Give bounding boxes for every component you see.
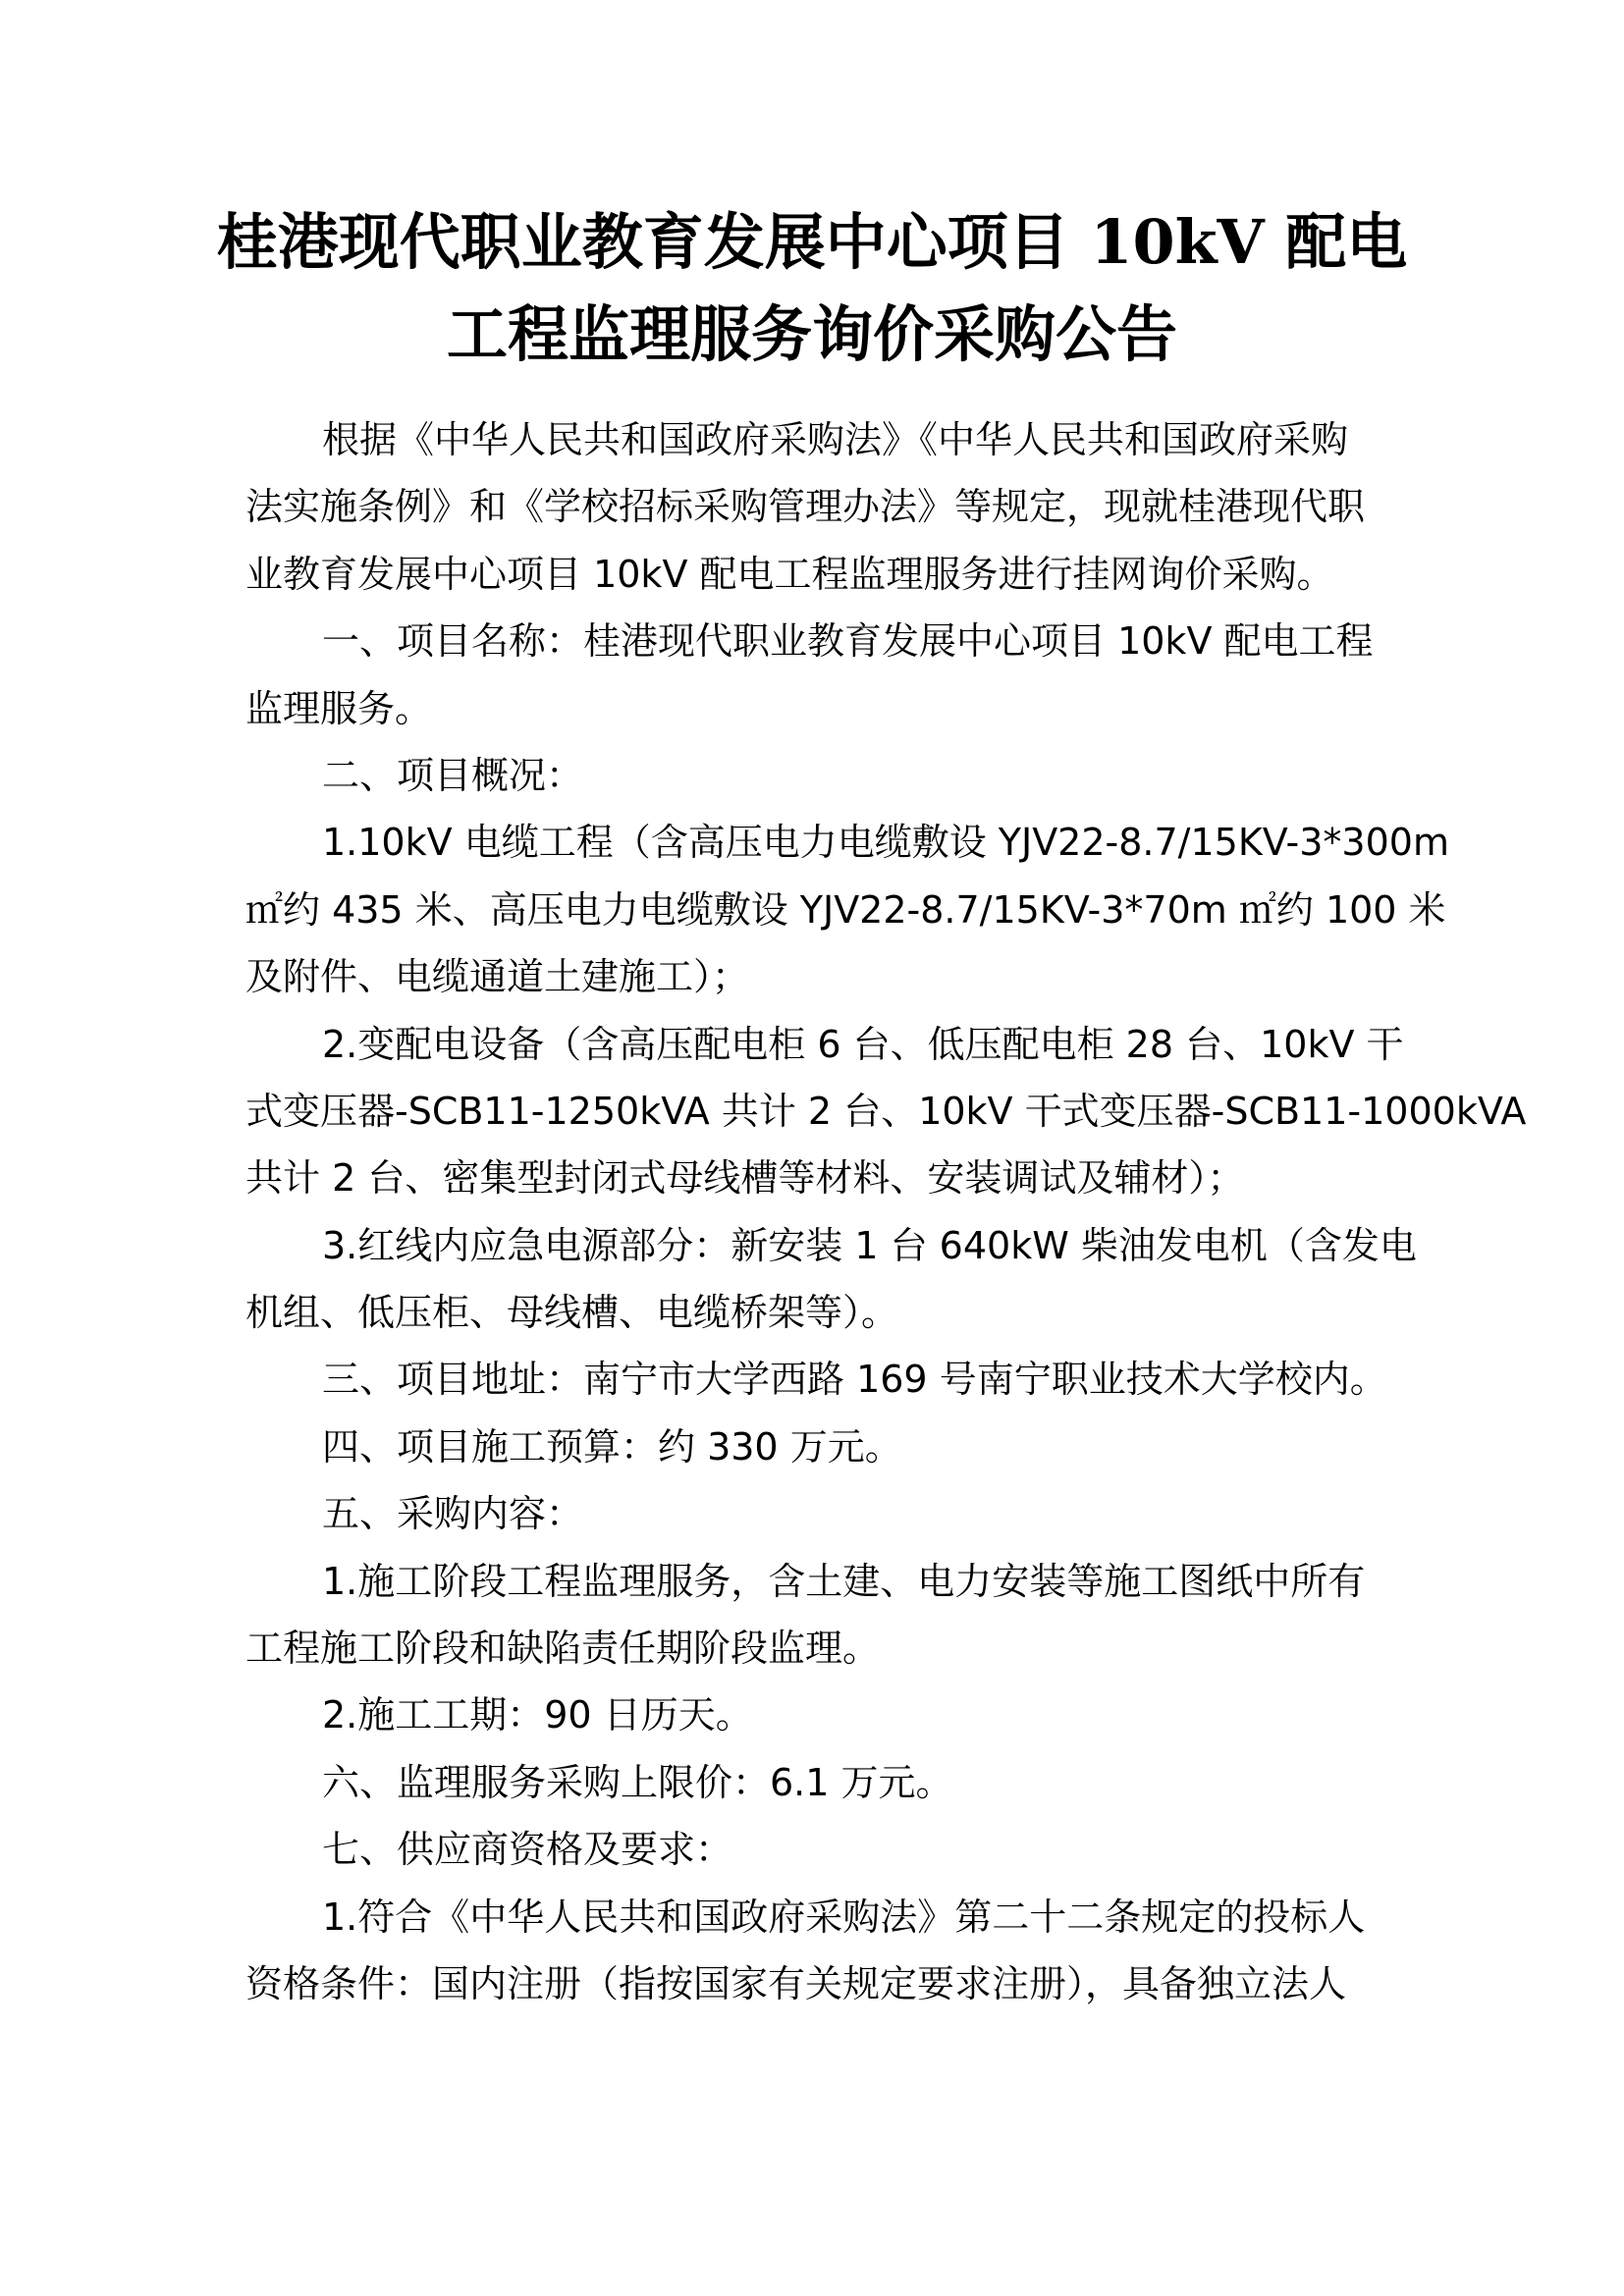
body-text-line: 监理服务。 [245,675,1394,742]
document-title: 桂港现代职业教育发展中心项目 10kV 配电 工程监理服务询价采购公告 [196,196,1428,381]
body-text-line: 式变压器-SCB11-1250kVA 共计 2 台、10kV 干式变压器-SCB… [245,1078,1394,1145]
body-text-line: 四、项目施工预算：约 330 万元。 [245,1414,1394,1480]
body-text-line: 七、供应商资格及要求： [245,1816,1394,1883]
body-text-line: 法实施条例》和《学校招标采购管理办法》等规定，现就桂港现代职 [245,473,1394,540]
body-text-line: 及附件、电缆通道土建施工）； [245,943,1394,1010]
body-text-line: ㎡约 435 米、高压电力电缆敷设 YJV22-8.7/15KV-3*70m ㎡… [245,877,1394,943]
document-body: 根据《中华人民共和国政府采购法》《中华人民共和国政府采购法实施条例》和《学校招标… [245,406,1394,2017]
body-text-line: 2.变配电设备（含高压配电柜 6 台、低压配电柜 28 台、10kV 干 [245,1011,1394,1078]
body-text-line: 一、项目名称：桂港现代职业教育发展中心项目 10kV 配电工程 [245,608,1394,674]
body-text-line: 1.施工阶段工程监理服务，含土建、电力安装等施工图纸中所有 [245,1548,1394,1615]
body-text-line: 3.红线内应急电源部分：新安装 1 台 640kW 柴油发电机（含发电 [245,1212,1394,1279]
body-text-line: 五、采购内容： [245,1480,1394,1547]
title-line-2: 工程监理服务询价采购公告 [196,289,1428,381]
body-text-line: 资格条件：国内注册（指按国家有关规定要求注册），具备独立法人 [245,1950,1394,2017]
body-text-line: 根据《中华人民共和国政府采购法》《中华人民共和国政府采购 [245,406,1394,473]
body-text-line: 六、监理服务采购上限价：6.1 万元。 [245,1749,1394,1816]
title-line-1: 桂港现代职业教育发展中心项目 10kV 配电 [196,196,1428,289]
body-text-line: 1.符合《中华人民共和国政府采购法》第二十二条规定的投标人 [245,1884,1394,1950]
document-page: 桂港现代职业教育发展中心项目 10kV 配电 工程监理服务询价采购公告 根据《中… [0,0,1624,2296]
body-text-line: 三、项目地址：南宁市大学西路 169 号南宁职业技术大学校内。 [245,1346,1394,1413]
body-text-line: 机组、低压柜、母线槽、电缆桥架等）。 [245,1279,1394,1346]
body-text-line: 2.施工工期：90 日历天。 [245,1682,1394,1748]
body-text-line: 二、项目概况： [245,742,1394,809]
body-text-line: 共计 2 台、密集型封闭式母线槽等材料、安装调试及辅材）； [245,1145,1394,1211]
body-text-line: 业教育发展中心项目 10kV 配电工程监理服务进行挂网询价采购。 [245,541,1394,608]
body-text-line: 1.10kV 电缆工程（含高压电力电缆敷设 YJV22-8.7/15KV-3*3… [245,809,1394,876]
body-text-line: 工程施工阶段和缺陷责任期阶段监理。 [245,1615,1394,1682]
